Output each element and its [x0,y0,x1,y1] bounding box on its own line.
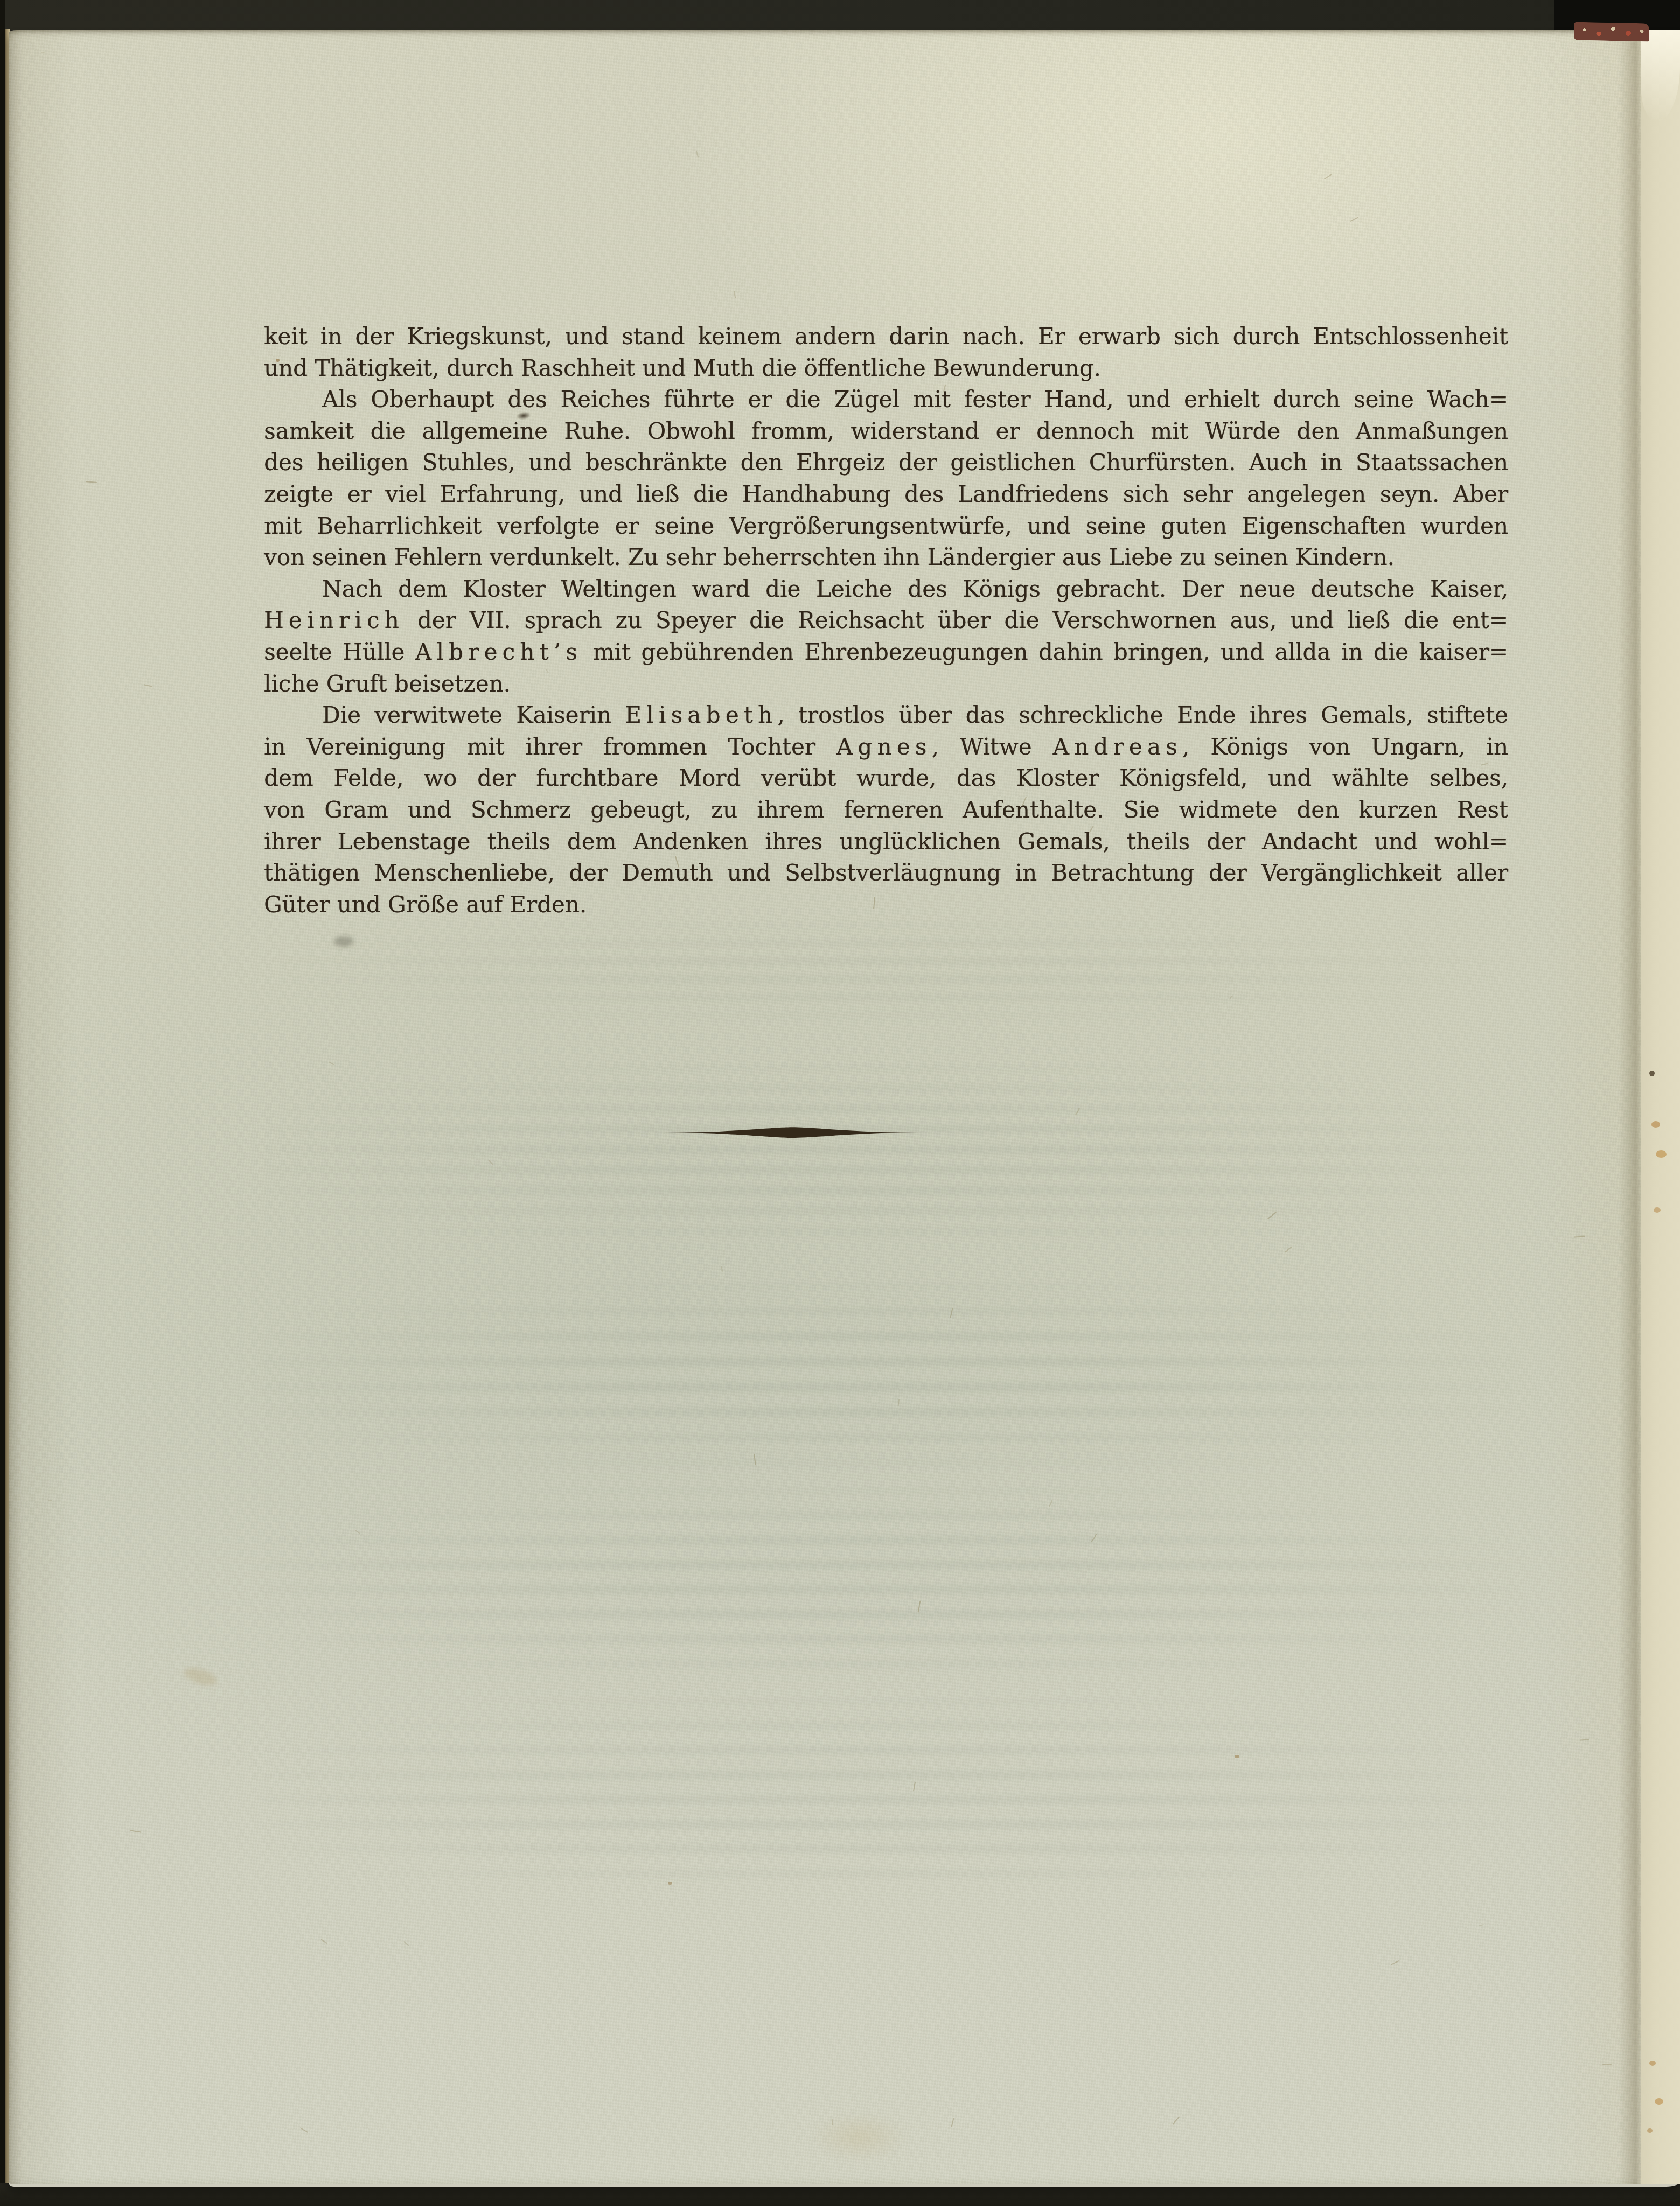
book-page: keit in der Kriegskunst, und stand keine… [9,30,1680,2184]
section-divider-rule [684,1126,900,1140]
text-line: Nach dem Kloster Weltingen ward die Leic… [264,574,1508,605]
text-line: liche Gruft beisetzen. [264,668,1508,700]
text-line: und Thätigkeit, durch Raschheit und Muth… [264,353,1508,385]
paper-fiber [41,52,45,53]
text-line: von Gram und Schmerz gebeugt, zu ihrem f… [264,794,1508,826]
show-through-band [280,920,1497,1023]
show-through-band [259,1697,1519,1896]
text-line: Die verwitwete Kaiserin Elisabeth, trost… [264,700,1508,731]
letterspaced-name: Andreas [1052,734,1182,760]
text-line: in Vereinigung mit ihrer frommen Tochter… [264,731,1508,763]
paper-fiber [1602,2064,1612,2065]
foxing-spot [1655,2098,1663,2105]
paragraph: Die verwitwete Kaiserin Elisabeth, trost… [264,700,1508,920]
paper-fiber [321,1939,328,1944]
foxing-spot [1654,1207,1661,1213]
text-line: mit Beharrlichkeit verfolgte er seine Ve… [264,511,1508,542]
paper-fiber [832,2119,833,2125]
gray-smudge [334,936,353,947]
show-through-band [264,1064,1508,1249]
paper-fiber [1350,217,1359,222]
paper-fiber [48,1500,52,1501]
text-line: Als Oberhaupt des Reiches führte er die … [264,384,1508,416]
paragraph: Nach dem Kloster Weltingen ward die Leic… [264,574,1508,700]
text-line: Güter und Größe auf Erden. [264,889,1508,921]
show-through-band [259,1282,1519,1470]
paper-fiber [403,1941,409,1946]
foxing-spot [1649,2061,1656,2066]
marbled-edge-decoration [1574,22,1650,42]
letterspaced-name: Albrecht’s [415,639,582,665]
paper-fiber [130,1830,141,1832]
text-block: keit in der Kriegskunst, und stand keine… [264,321,1508,920]
paper-speck [276,359,280,362]
paper-fiber [300,2127,309,2133]
paper-speck [668,1882,672,1885]
page-fold-crease [1619,30,1642,2184]
text-line: von seinen Fehlern verdunkelt. Zu sehr b… [264,542,1508,574]
paper-fiber [696,150,699,157]
text-line: zeigte er viel Erfahrung, und ließ die H… [264,479,1508,511]
text-line: samkeit die allgemeine Ruhe. Obwohl from… [264,416,1508,448]
paper-stain [808,2111,910,2162]
text-line: Heinrich der VII. sprach zu Speyer die R… [264,605,1508,637]
foxing-spot [1656,1150,1667,1158]
text-line: thätigen Menschenliebe, der Demuth und S… [264,857,1508,889]
letterspaced-name: Elisabeth [625,702,777,728]
paper-stain [182,1665,219,1689]
text-line: keit in der Kriegskunst, und stand keine… [264,321,1508,353]
paper-speck [1235,1755,1239,1758]
foxing-spot [1649,1071,1655,1076]
scan-top-edge [0,0,1680,30]
text-line: ihrer Lebenstage theils dem Andenken ihr… [264,826,1508,858]
paragraph: Als Oberhaupt des Reiches führte er die … [264,384,1508,574]
paper-fiber [144,684,152,687]
text-line: des heiligen Stuhles, und beschränkte de… [264,447,1508,479]
paper-fiber [1574,1235,1585,1237]
page-fore-edge [1641,30,1680,2184]
text-line: seelte Hülle Albrecht’s mit gebührenden … [264,637,1508,668]
scan-bottom-edge [0,2183,1680,2206]
paper-fiber [1391,1960,1399,1965]
show-through-band [259,1486,1519,1680]
page-curl-highlight [1641,30,1680,122]
letterspaced-name: Heinrich [264,607,404,633]
book-gutter-shadow [0,0,5,2206]
paper-fiber [734,291,736,298]
book-page-scan: keit in der Kriegskunst, und stand keine… [0,0,1680,2206]
paragraph: keit in der Kriegskunst, und stand keine… [264,321,1508,384]
paper-fiber [1324,174,1332,180]
paper-fiber [1479,1924,1484,1926]
paper-fiber [1580,1739,1589,1741]
text-line: dem Felde, wo der furchtbare Mord verübt… [264,763,1508,794]
foxing-spot [1651,1121,1660,1128]
paper-fiber [1173,2116,1180,2125]
paper-fiber [86,481,97,483]
paper-fiber [721,1266,723,1272]
letterspaced-name: Agnes [836,734,932,760]
foxing-spot [1647,2128,1653,2133]
paper-fiber [951,2118,954,2127]
